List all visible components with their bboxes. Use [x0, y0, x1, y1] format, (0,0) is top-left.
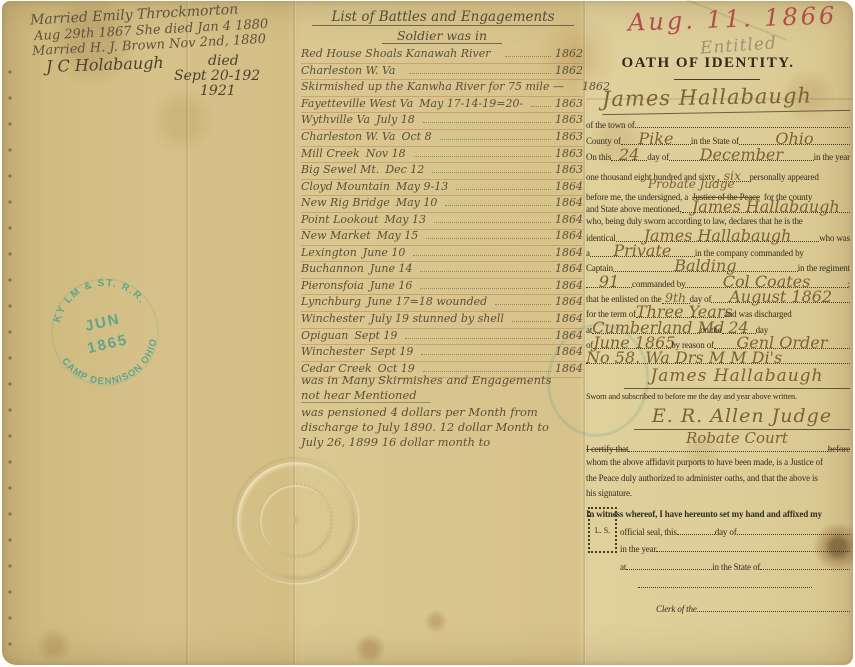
battle-date: June 10 — [363, 246, 406, 259]
embossed-notary-seal: ✶ — [234, 459, 358, 583]
battle-name: Winchester — [301, 312, 364, 325]
value-general-order: No 58. Wa Drs M M Di's — [586, 353, 850, 364]
label-appeared: personally appeared — [749, 172, 818, 182]
dotted-leader — [440, 139, 551, 140]
battle-year: 1862 — [555, 64, 583, 77]
battle-date: May 10 — [396, 196, 438, 209]
battle-name: Mill Creek — [301, 147, 360, 160]
blank-certify — [628, 451, 828, 452]
perforation-dots — [7, 59, 14, 659]
label-clerk: Clerk of the — [656, 604, 697, 614]
label-onthe: on the — [700, 325, 721, 335]
battle-row: New MarketMay 151864 — [301, 229, 583, 246]
blank-seal-month — [737, 534, 850, 535]
battle-name: Charleston W. Va — [301, 130, 395, 143]
battle-name: Red House Shoals Kanawah River — [301, 47, 491, 60]
battle-row: Big Sewel Mt.Dec 121863 — [301, 163, 583, 180]
label-before-me: before me, the undersigned, a — [586, 192, 688, 202]
label-sworn-subscribed: Sworn and subscribed to before me the da… — [586, 392, 797, 401]
battle-name: Lynchburg — [301, 295, 361, 308]
pension-note: was pensioned 4 dollars per Month from — [301, 405, 585, 419]
battle-row: Red House Shoals Kanawah River1862 — [301, 47, 583, 64]
battle-year: 1864 — [555, 329, 583, 342]
label-at-2: at — [620, 562, 626, 572]
battle-date: June 14 — [370, 262, 413, 275]
battle-name: Fayetteville West Va — [301, 97, 413, 110]
battle-year: 1864 — [555, 229, 583, 242]
battle-year: 1864 — [555, 262, 583, 275]
battles-title: List of Battles and Engagements — [312, 9, 574, 26]
battle-date: May 17-14-19=20- — [419, 97, 523, 110]
battle-date: July 18 — [376, 113, 415, 126]
battle-date: Nov 18 — [366, 147, 406, 160]
battle-row: New Rig BridgeMay 101864 — [301, 196, 583, 213]
battle-name: Point Lookout — [301, 213, 378, 226]
battle-year: 1863 — [555, 97, 583, 110]
label-before-struck: before — [828, 444, 850, 454]
battle-name: New Market — [301, 229, 371, 242]
dotted-leader — [512, 321, 551, 322]
stamp-svg: KY LM & ST. R.R. CAMP DENNISON OHIO JUN … — [25, 252, 186, 413]
label-commanded: commanded by — [632, 279, 685, 289]
battle-date: June 17=18 wounded — [367, 295, 487, 308]
battle-date: Sept 19 — [370, 345, 413, 358]
battle-note: not hear Mentioned — [301, 388, 431, 403]
battle-row: Charleston W. VaOct 81863 — [301, 130, 583, 147]
battle-name: New Rig Bridge — [301, 196, 390, 209]
camp-dennison-stamp: KY LM & ST. R.R. CAMP DENNISON OHIO JUN … — [25, 252, 186, 413]
label-i-certify-struck: I certify that — [586, 444, 628, 454]
value-term: Three Years — [636, 307, 724, 318]
battle-name: Wythville Va — [301, 113, 370, 126]
battle-year: 1864 — [555, 312, 583, 325]
dotted-leader — [421, 354, 551, 355]
battle-note: was in Many Skirmishes and Engagements — [301, 373, 585, 387]
stamp-year: 1865 — [86, 331, 130, 357]
label-identical: identical — [586, 233, 616, 243]
battle-date: June 16 — [370, 279, 413, 292]
battle-date: July 19 stunned by shell — [370, 312, 504, 325]
label-and-state: and State above mentioned, — [586, 204, 682, 214]
battle-year: 1864 — [555, 196, 583, 209]
label-witness: In witness whereof, I have hereunto set … — [586, 509, 822, 519]
label-who-was: who was — [819, 233, 850, 243]
dotted-leader — [432, 172, 551, 173]
battle-row: OpiguanSept 191864 — [301, 329, 583, 346]
battle-date: May 9-13 — [396, 180, 448, 193]
dotted-leader — [420, 271, 551, 272]
dotted-leader — [445, 205, 551, 206]
battle-name: Skirmished up the Kanwha River for 75 mi… — [301, 80, 564, 93]
label-intheyear: in the year — [814, 152, 850, 162]
oath-form: of the town of County ofPikein the State… — [586, 1, 854, 667]
battle-year: 1862 — [555, 47, 583, 60]
battle-row: Cloyd MountainMay 9-131864 — [301, 180, 583, 197]
battle-name: Buchannon — [301, 262, 364, 275]
battle-year: 1864 — [555, 345, 583, 358]
battle-name: Charleston W. Va — [301, 64, 395, 77]
label-dayof-3: day of — [715, 527, 737, 537]
battle-date: Sept 19 — [354, 329, 397, 342]
battle-name: Pieronsfoia — [301, 279, 364, 292]
value-name-2: James Hallabaugh — [682, 202, 850, 213]
battle-row: BuchannonJune 141864 — [301, 262, 583, 279]
battle-name: Opiguan — [301, 329, 348, 342]
soldier-signature: James Hallabaugh — [624, 366, 850, 389]
dotted-leader — [434, 222, 551, 223]
blank-year — [656, 551, 850, 552]
judge-signature: E. R. Allen Judge — [634, 405, 850, 430]
dotted-leader — [426, 238, 551, 239]
dotted-leader — [505, 56, 552, 57]
battle-year: 1863 — [555, 130, 583, 143]
battle-name: Cloyd Mountain — [301, 180, 390, 193]
label-county: County of — [586, 136, 621, 146]
dotted-leader — [423, 371, 551, 372]
battle-row: Fayetteville West VaMay 17-14-19=20-1863 — [301, 97, 583, 114]
battle-list-group-1: Red House Shoals Kanawah River1862Charle… — [301, 47, 583, 230]
pension-note: discharge to July 1890. 12 dollar Month … — [301, 420, 585, 434]
dotted-leader — [456, 189, 551, 190]
battle-date: Dec 12 — [385, 163, 424, 176]
battle-year: 1863 — [555, 163, 583, 176]
battle-date: May 15 — [377, 229, 419, 242]
dotted-leader — [495, 304, 551, 305]
label-semicolon: ; — [848, 279, 850, 289]
battle-year: 1863 — [555, 113, 583, 126]
note-signature: J C Holabaugh — [46, 53, 164, 76]
value-captain: Balding — [613, 261, 798, 272]
battle-row: PieronsfoiaJune 161864 — [301, 279, 583, 296]
ls-seal-box: L. S. — [588, 507, 617, 553]
battle-year: 1864 — [555, 213, 583, 226]
battle-row: WinchesterJuly 19 stunned by shell1864 — [301, 312, 583, 329]
blank-town — [635, 127, 850, 128]
blank-seal-day — [677, 534, 715, 535]
label-town: of the town of — [586, 120, 635, 130]
blank-official-signature — [638, 587, 812, 588]
note-died-year: 1921 — [200, 83, 236, 99]
value-month: December — [669, 150, 814, 161]
seal-inner-ring: ✶ — [258, 483, 334, 559]
dotted-leader — [531, 106, 551, 107]
dotted-leader — [420, 288, 551, 289]
dotted-leader — [413, 255, 551, 256]
battle-year: 1863 — [555, 147, 583, 160]
battle-row: LynchburgJune 17=18 wounded1864 — [301, 295, 583, 312]
battle-row: WinchesterSept 191864 — [301, 345, 583, 362]
battle-name: Big Sewel Mt. — [301, 163, 379, 176]
label-peace-authorized: the Peace duly authorized to administer … — [586, 473, 818, 483]
label-sworn-law: who, being duly sworn according to law, … — [586, 216, 803, 226]
value-county: Pike — [621, 134, 691, 145]
dotted-leader — [423, 122, 551, 123]
battle-year: 1864 — [555, 295, 583, 308]
blank-state-2 — [760, 569, 850, 570]
battle-row: Skirmished up the Kanwha River for 75 mi… — [301, 80, 583, 97]
battle-row: Mill CreekNov 181863 — [301, 147, 583, 164]
battle-date: Oct 8 — [401, 130, 431, 143]
dotted-leader — [414, 156, 551, 157]
battle-name: Winchester — [301, 345, 364, 358]
battle-year: 1864 — [555, 279, 583, 292]
value-regiment-number: 91 — [586, 277, 632, 288]
battle-list-group-2: New MarketMay 151864LexingtonJune 101864… — [301, 229, 583, 378]
value-day: 24 — [611, 150, 647, 161]
note-died: died — [208, 53, 239, 69]
battle-year: 1864 — [555, 180, 583, 193]
label-official-seal: official seal, this — [620, 527, 677, 537]
label-in-the-year: in the year — [620, 544, 656, 554]
document-paper: Married Emily Throckmorton Aug 29th 1867… — [2, 1, 853, 665]
battle-date: May 13 — [384, 213, 426, 226]
battle-year: 1864 — [555, 246, 583, 259]
label-affidavit: whom the above affidavit purports to hav… — [586, 457, 823, 467]
label-his-signature: his signature. — [586, 488, 632, 498]
battle-row: Wythville VaJuly 181863 — [301, 113, 583, 130]
battle-row: LexingtonJune 101864 — [301, 246, 583, 263]
value-probate-judge: Probate Judge — [648, 177, 735, 191]
label-onthis: On this — [586, 152, 611, 162]
value-state: Ohio — [739, 134, 850, 145]
label-dayof: day of — [647, 152, 669, 162]
label-in-state: in the State of — [712, 562, 760, 572]
dotted-leader — [405, 338, 551, 339]
dotted-leader — [409, 73, 551, 74]
blank-clerk — [697, 611, 850, 612]
stamp-month: JUN — [83, 310, 122, 335]
battle-name: Lexington — [301, 246, 357, 259]
battles-subtitle: Soldier was in — [382, 28, 502, 44]
battle-row: Point LookoutMay 131864 — [301, 213, 583, 230]
pension-note: July 26, 1899 16 dollar month to — [301, 435, 585, 449]
note-died-date: Sept 20-192 — [174, 68, 260, 84]
blank-at-place — [626, 569, 712, 570]
battle-row: Charleston W. Va1862 — [301, 64, 583, 81]
fold-crease — [186, 1, 189, 665]
